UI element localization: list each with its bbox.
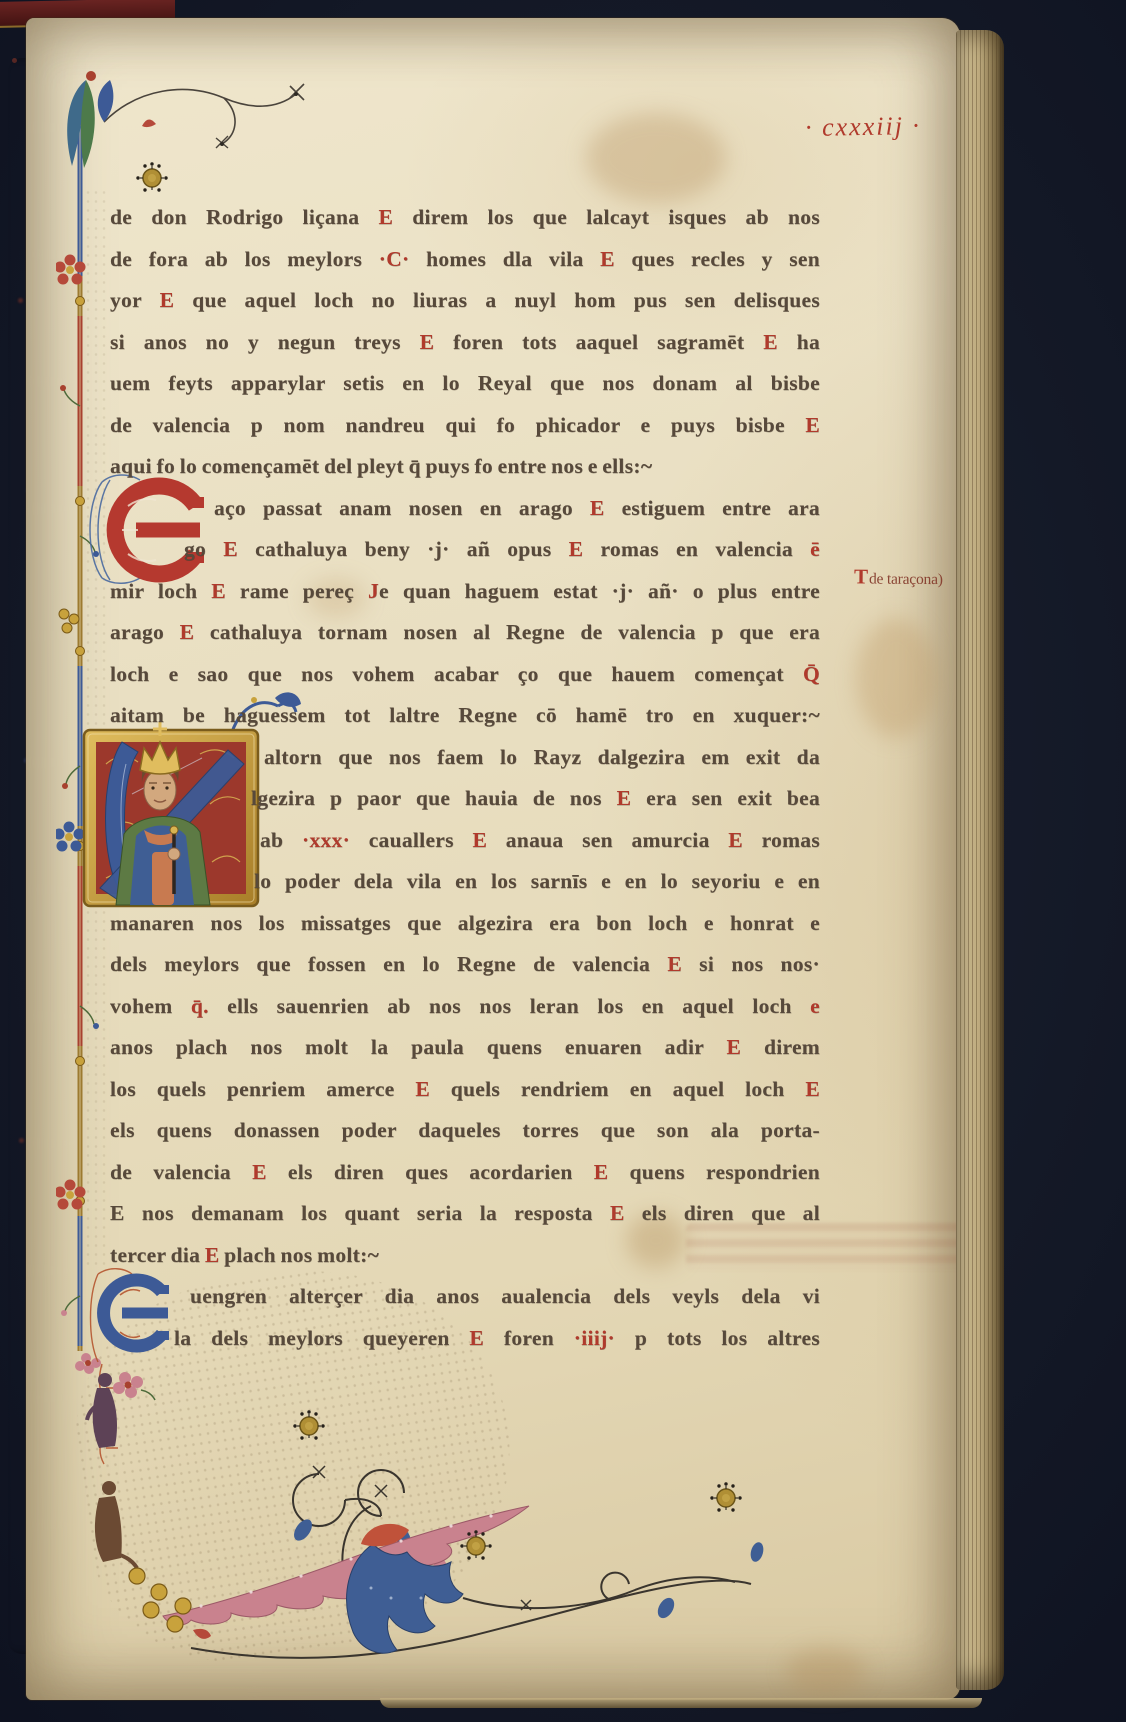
text-segment: lgezira p paor que hauia de nos (251, 786, 617, 810)
rubricated-capital: E (469, 1326, 484, 1350)
manuscript-text-line: de valencia p nom nandreu qui fo phicado… (110, 405, 820, 447)
drollery-figure (95, 1481, 137, 1568)
rubricated-capital: Q̄ (803, 662, 820, 686)
text-segment: loch e sao que nos vohem acabar ço que h… (110, 662, 803, 686)
text-segment: altorn que nos faem lo Rayz dalgezira em… (264, 745, 820, 769)
manuscript-text-line: uem feyts apparylar setis en lo Reyal qu… (110, 363, 820, 405)
rubricated-capital: E (617, 786, 632, 810)
text-segment: estiguem entre ara (605, 496, 820, 520)
rubricated-capital: E (378, 205, 393, 229)
text-segment: yor (110, 288, 160, 312)
text-segment: que aquel loch no liuras a nuyl hom pus … (174, 288, 820, 312)
text-segment: uengren alterçer dia anos aualencia dels… (190, 1284, 820, 1308)
rubricated-capital: E (223, 537, 238, 561)
gold-balls (129, 1568, 191, 1632)
parchment-stain (786, 1648, 866, 1693)
folio-number: · cxxxiij · (788, 111, 939, 144)
red-leaf-tip (193, 1629, 211, 1639)
page-block-bottom-edge (380, 1698, 982, 1708)
text-segment: tercer dia (110, 1243, 205, 1267)
text-segment: romas (743, 828, 820, 852)
rubricated-capital: E (180, 620, 195, 644)
vine-stems (191, 1470, 751, 1658)
rubricated-capital: J (368, 579, 379, 603)
manuscript-text-line: de valencia E els diren ques acordarien … (110, 1152, 820, 1194)
manuscript-text-line: manaren nos los missatges que algezira e… (110, 903, 820, 945)
bottom-acanthus-border (51, 1348, 791, 1688)
rubricated-capital: ·iiij· (574, 1326, 615, 1350)
text-segment: la dels meylors queyeren (174, 1326, 469, 1350)
manuscript-text-line: yor E que aquel loch no liuras a nuyl ho… (110, 280, 820, 322)
manuscript-text-line: ab ·xxx· cauallers E anaua sen amurcia E… (110, 820, 820, 862)
text-segment: rame pereç (226, 579, 368, 603)
rubricated-capital: q̄. (191, 994, 209, 1018)
rubricated-capital: E (805, 1077, 820, 1101)
manuscript-text-block: de don Rodrigo liçana E direm los que la… (110, 197, 820, 1359)
text-segment: plach nos molt:~ (219, 1243, 379, 1267)
manuscript-text-line: arago E cathaluya tornam nosen al Regne … (110, 612, 820, 654)
gold-besant (130, 156, 174, 200)
rubricated-capital: E (667, 952, 682, 976)
text-segment: ab (260, 828, 302, 852)
text-segment: aqui fo lo començamēt del pleyt q̄ puys … (110, 454, 652, 478)
show-through-marks (12, 58, 17, 63)
text-segment: mir loch (110, 579, 211, 603)
text-segment: els diren ques acordarien (267, 1160, 594, 1184)
text-segment: cauallers (350, 828, 472, 852)
rubricated-capital: E (590, 496, 605, 520)
text-segment: homes dla vila (410, 247, 601, 271)
manuscript-text-line: lo poder dela vila en los sarnīs e en lo… (110, 861, 820, 903)
rubricated-capital: E (252, 1160, 267, 1184)
rubricated-capital: E (211, 579, 226, 603)
text-segment: si nos nos· (682, 952, 820, 976)
rubricated-capital: E (472, 828, 487, 852)
tie-mark: T (854, 564, 868, 588)
rubricated-capital: ·xxx· (302, 828, 350, 852)
text-segment: si anos no y negun treys (110, 330, 420, 354)
text-segment: romas en valencia (583, 537, 810, 561)
text-segment: lo poder dela vila en los sarnīs e en lo… (254, 869, 820, 893)
text-segment: de fora ab los meylors (110, 247, 379, 271)
manuscript-text-line: aitam be haguessem tot laltre Regne cō h… (110, 695, 820, 737)
rubricated-capital: ·C· (379, 247, 410, 271)
manuscript-text-line: mir loch E rame pereç Je quan haguem est… (110, 571, 820, 613)
manuscript-text-line: aço passat anam nosen en arago E estigue… (110, 488, 820, 530)
rubricated-capital: E (610, 1201, 625, 1225)
text-segment: uem feyts apparylar setis en lo Reyal qu… (110, 371, 820, 395)
drollery-figure (87, 1373, 117, 1448)
text-segment: foren tots aaquel sagramēt (434, 330, 763, 354)
rubricated-capital: e (810, 994, 820, 1018)
manuscript-text-line: lgezira p paor que hauia de nos E era se… (110, 778, 820, 820)
text-segment: arago (110, 620, 180, 644)
parchment-stain (586, 113, 726, 203)
manuscript-text-line: vohem q̄. ells sauenrien ab nos nos lera… (110, 986, 820, 1028)
manuscript-text-line: altorn que nos faem lo Rayz dalgezira em… (110, 737, 820, 779)
text-segment: cathaluya tornam nosen al Regne de valen… (194, 620, 820, 644)
photograph-background: · cxxxiij · (0, 0, 1126, 1722)
text-segment: e quan haguem estat ·j· añ· o plus entre (379, 579, 820, 603)
manuscript-text-line: los quels penriem amerce E quels rendrie… (110, 1069, 820, 1111)
manuscript-text-line: de don Rodrigo liçana E direm los que la… (110, 197, 820, 239)
text-segment: cathaluya beny ·j· añ opus (238, 537, 569, 561)
text-segment: anos plach nos molt la paula quens enuar… (110, 1035, 727, 1059)
manuscript-page: · cxxxiij · (26, 18, 960, 1700)
manuscript-text-line: si anos no y negun treys E foren tots aa… (110, 322, 820, 364)
rubricated-capital: E (205, 1243, 220, 1267)
text-segment: manaren nos los missatges que algezira e… (110, 911, 820, 935)
rubricated-capital: E (420, 330, 435, 354)
text-segment: direm los que lalcayt isques ab nos (393, 205, 820, 229)
top-vine-flourish (90, 70, 320, 180)
pink-acanthus-leaf (163, 1506, 529, 1625)
rubricated-capital: E (728, 828, 743, 852)
text-segment: ha (778, 330, 820, 354)
manuscript-text-line: anos plach nos molt la paula quens enuar… (110, 1027, 820, 1069)
text-segment: aitam be haguessem tot laltre Regne cō h… (110, 703, 820, 727)
text-segment: era sen exit bea (631, 786, 820, 810)
text-segment: de valencia (110, 1160, 252, 1184)
text-segment: ells sauenrien ab nos nos leran los en a… (209, 994, 810, 1018)
manuscript-text-line: de fora ab los meylors ·C· homes dla vil… (110, 239, 820, 281)
text-segment: p tots los altres (615, 1326, 820, 1350)
text-segment: els diren que al (625, 1201, 820, 1225)
marginal-note-text: de taraçona) (869, 571, 943, 589)
rubricated-capital: E (160, 288, 175, 312)
manuscript-text-line: aqui fo lo començamēt del pleyt q̄ puys … (110, 446, 820, 488)
rubricated-capital: E (805, 413, 820, 437)
text-segment: quels rendriem en aquel loch (430, 1077, 805, 1101)
manuscript-text-line: E nos demanam los quant seria la respost… (110, 1193, 820, 1235)
text-segment: aço passat anam nosen en arago (214, 496, 590, 520)
manuscript-text-line: uengren alterçer dia anos aualencia dels… (110, 1276, 820, 1318)
pink-flower (113, 1372, 155, 1400)
text-segment: els quens donassen poder daqueles torres… (110, 1118, 820, 1142)
text-segment: de don Rodrigo liçana (110, 205, 378, 229)
rubricated-capital: E (727, 1035, 742, 1059)
text-segment: anaua sen amurcia (487, 828, 728, 852)
rubricated-capital: E (763, 330, 778, 354)
text-segment: quens respondrien (608, 1160, 820, 1184)
text-segment: direm (741, 1035, 820, 1059)
text-segment: de valencia p nom nandreu qui fo phicado… (110, 413, 805, 437)
page-block-fore-edge (956, 30, 1004, 1690)
rubricated-capital: E (594, 1160, 609, 1184)
manuscript-text-line: loch e sao que nos vohem acabar ço que h… (110, 654, 820, 696)
parchment-stain (856, 618, 936, 738)
manuscript-text-line: go E cathaluya beny ·j· añ opus E romas … (110, 529, 820, 571)
text-segment: go (184, 537, 223, 561)
manuscript-text-line: dels meylors que fossen en lo Regne de v… (110, 944, 820, 986)
rubricated-capital: ē (810, 537, 820, 561)
text-segment: foren (484, 1326, 574, 1350)
manuscript-text-line: els quens donassen poder daqueles torres… (110, 1110, 820, 1152)
rubricated-capital: E (415, 1077, 430, 1101)
text-segment: E nos demanam los quant seria la respost… (110, 1201, 610, 1225)
text-segment: dels meylors que fossen en lo Regne de v… (110, 952, 667, 976)
text-segment: vohem (110, 994, 191, 1018)
rubricated-capital: E (600, 247, 615, 271)
gold-cluster (59, 609, 79, 633)
text-segment: los quels penriem amerce (110, 1077, 415, 1101)
rubricated-capital: E (569, 537, 584, 561)
manuscript-text-line: tercer dia E plach nos molt:~ (110, 1235, 820, 1277)
blue-acanthus-leaf (347, 1544, 463, 1653)
text-segment: ques recles y sen (615, 247, 820, 271)
